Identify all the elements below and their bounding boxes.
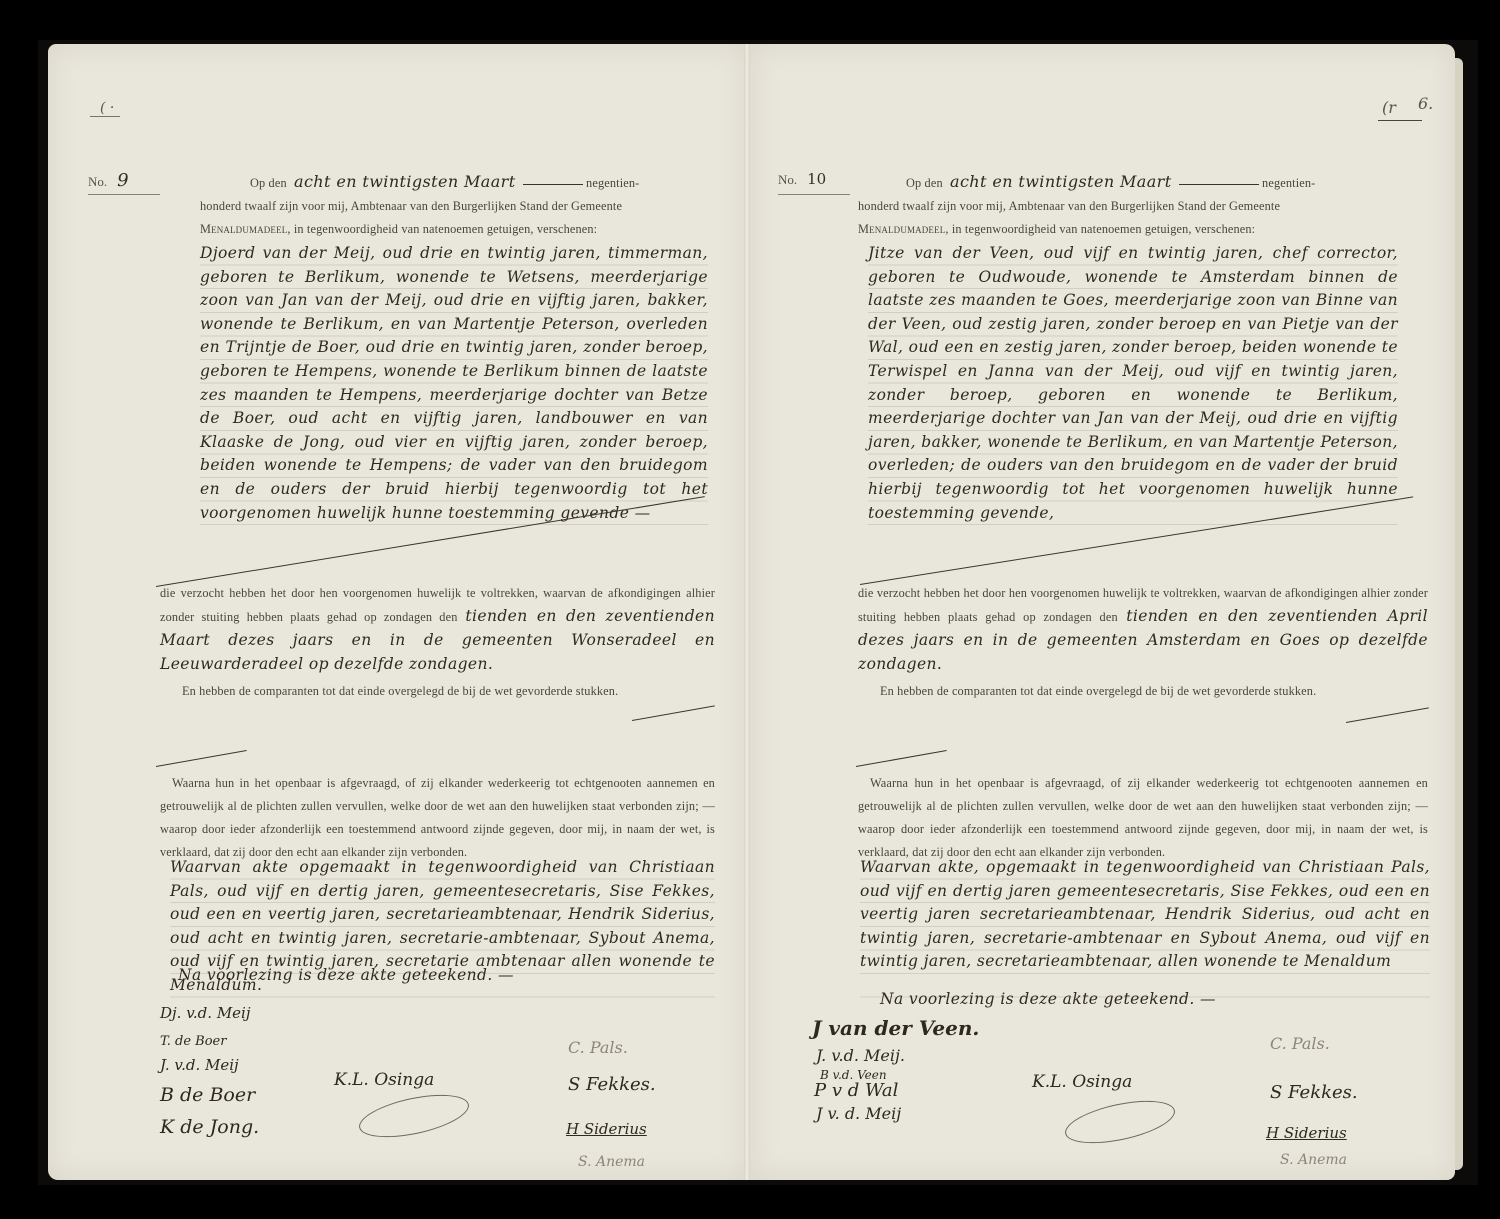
signature-witness-4: S. Anema bbox=[1280, 1152, 1347, 1168]
strike-small-2 bbox=[856, 750, 947, 767]
corner-underline bbox=[1378, 120, 1422, 121]
intro-negentien: negentien- bbox=[1262, 176, 1315, 190]
proclamation-block: die verzocht hebben het door hen voorgen… bbox=[858, 582, 1428, 676]
number-label: No. bbox=[88, 174, 107, 189]
signature-witness-1: C. Pals. bbox=[568, 1038, 628, 1057]
intro-line-3: , in tegenwoordigheid van natenoemen get… bbox=[287, 222, 597, 236]
municipality: Menaldumadeel bbox=[200, 222, 287, 236]
number-label: No. bbox=[778, 172, 797, 187]
number-underline bbox=[778, 194, 850, 195]
intro-text: Op den acht en twintigsten Maart negenti… bbox=[858, 170, 1403, 241]
signature-witness-3: H Siderius bbox=[1266, 1124, 1347, 1142]
signature-witness-1: C. Pals. bbox=[1270, 1034, 1330, 1053]
closing-text: Na voorlezing is deze akte geteekend. — bbox=[178, 964, 713, 988]
intro-op-den: Op den bbox=[906, 176, 943, 190]
registrar-flourish bbox=[355, 1087, 472, 1145]
signature-groom: J van der Veen. bbox=[812, 1016, 979, 1040]
marriage-date: acht en twintigsten Maart bbox=[294, 172, 516, 191]
number-value: 9 bbox=[117, 170, 128, 191]
proclamation-block: die verzocht hebben het door hen voorgen… bbox=[160, 582, 715, 676]
signature-witness-4: S. Anema bbox=[578, 1154, 645, 1170]
dash-line bbox=[1179, 184, 1259, 185]
corner-underline bbox=[90, 116, 120, 117]
number-value: 10 bbox=[807, 170, 826, 188]
witnesses-text: Waarvan akte, opgemaakt in tegenwoordigh… bbox=[860, 856, 1430, 998]
signature-bride: J. v.d. Meij. bbox=[816, 1046, 905, 1065]
municipality: Menaldumadeel bbox=[858, 222, 945, 236]
intro-negentien: negentien- bbox=[586, 176, 639, 190]
vows-text: Waarna hun in het openbaar is afgevraagd… bbox=[858, 772, 1428, 864]
intro-line-2: honderd twaalf zijn voor mij, Ambtenaar … bbox=[858, 195, 1403, 218]
signature-mother-bride: K de Jong. bbox=[160, 1116, 259, 1138]
intro-line-3: , in tegenwoordigheid van natenoemen get… bbox=[945, 222, 1255, 236]
strike-small bbox=[1346, 707, 1429, 723]
documents-text: En hebben de comparanten tot dat einde o… bbox=[858, 680, 1428, 703]
intro-op-den: Op den bbox=[250, 176, 287, 190]
documents-text: En hebben de comparanten tot dat einde o… bbox=[160, 680, 715, 703]
folio-number: 6. bbox=[1418, 94, 1433, 113]
signature-groom: Dj. v.d. Meij bbox=[160, 1004, 251, 1022]
signature-registrar: K.L. Osinga bbox=[334, 1070, 434, 1090]
signature-witness-2: S Fekkes. bbox=[568, 1074, 656, 1095]
entry-number: No.9 bbox=[88, 170, 129, 191]
marriage-date: acht en twintigsten Maart bbox=[950, 172, 1172, 191]
signature-witness-3: H Siderius bbox=[566, 1120, 647, 1138]
signature-witness-2: S Fekkes. bbox=[1270, 1082, 1358, 1103]
right-page: 6. (r No.10 Op den acht en twintigsten M… bbox=[750, 44, 1455, 1180]
dash-line bbox=[523, 184, 583, 185]
signature-father-bride: B de Boer bbox=[160, 1084, 255, 1106]
closing-text: Na voorlezing is deze akte geteekend. — bbox=[880, 988, 1425, 1012]
strike-small-2 bbox=[156, 750, 247, 767]
vows-text: Waarna hun in het openbaar is afgevraagd… bbox=[160, 772, 715, 864]
intro-line-2: honderd twaalf zijn voor mij, Ambtenaar … bbox=[200, 195, 710, 218]
signature-father-groom: J. v.d. Meij bbox=[160, 1056, 239, 1074]
registrar-flourish bbox=[1061, 1093, 1178, 1151]
parties-text: Jitze van der Veen, oud vijf en twintig … bbox=[868, 242, 1398, 532]
parties-text: Djoerd van der Meij, oud drie en twintig… bbox=[200, 242, 708, 532]
signature-father-bride: J v. d. Meij bbox=[816, 1104, 901, 1123]
left-page: ( · No.9 Op den acht en twintigsten Maar… bbox=[48, 44, 748, 1180]
right-corner-mark: (r bbox=[1382, 98, 1396, 117]
strike-small bbox=[632, 705, 715, 721]
intro-text: Op den acht en twintigsten Maart negenti… bbox=[200, 170, 710, 241]
signature-mother-groom: P v d Wal bbox=[814, 1080, 898, 1101]
signature-registrar: K.L. Osinga bbox=[1032, 1072, 1132, 1092]
signature-bride: T. de Boer bbox=[160, 1034, 226, 1049]
left-corner-mark: ( · bbox=[100, 100, 114, 116]
register-book: ( · No.9 Op den acht en twintigsten Maar… bbox=[38, 40, 1478, 1185]
number-underline bbox=[88, 194, 160, 195]
entry-number: No.10 bbox=[778, 170, 826, 188]
page-edge bbox=[1455, 58, 1463, 1170]
